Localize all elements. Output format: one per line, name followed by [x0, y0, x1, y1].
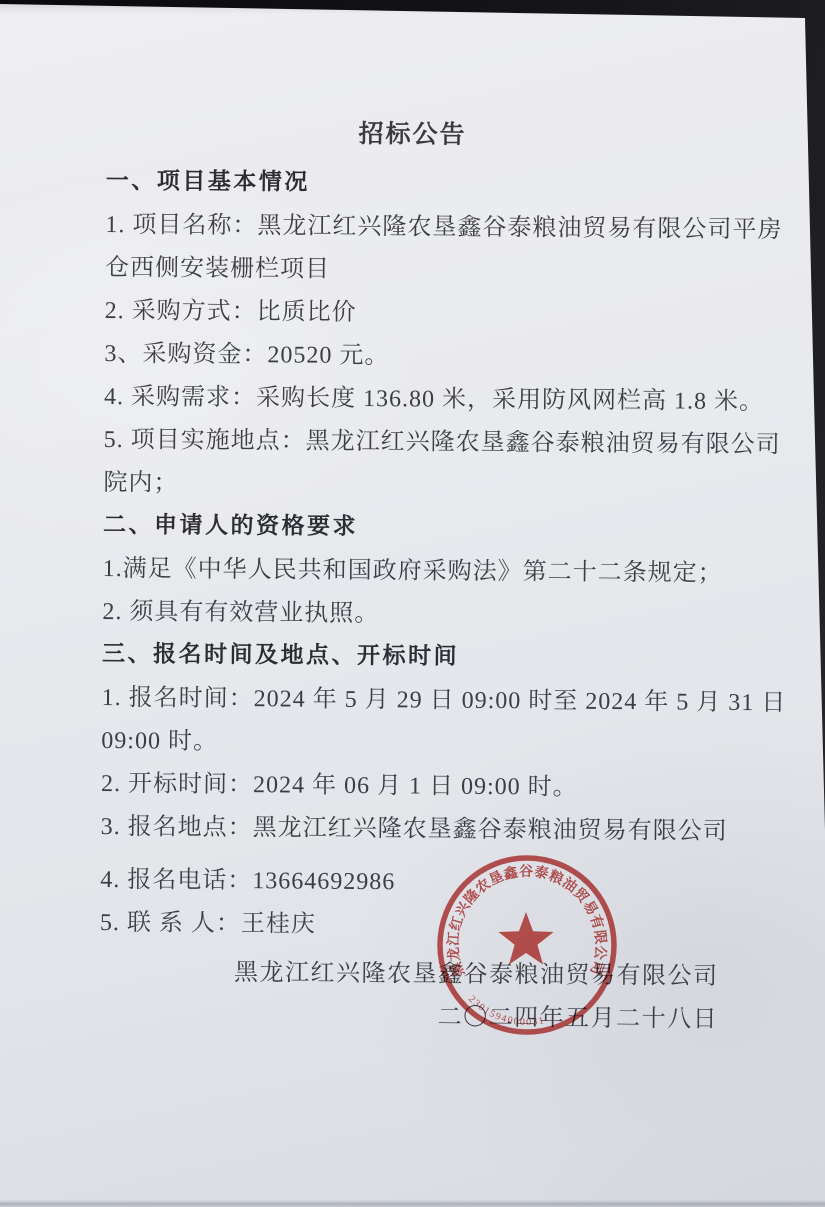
line-bid-opening-time: 2. 开标时间：2024 年 06 月 1 日 09:00 时。 [0, 758, 820, 807]
line-project-name: 1. 项目名称：黑龙江红兴隆农垦鑫谷泰粮油贸易有限公司平房 [0, 199, 825, 248]
line-registration-time: 1. 报名时间：2024 年 5 月 29 日 09:00 时至 2024 年 … [0, 672, 821, 721]
line-project-location: 5. 项目实施地点：黑龙江红兴隆农垦鑫谷泰粮油贸易有限公司 [0, 414, 823, 463]
line-procurement-requirement: 4. 采购需求：采购长度 136.80 米，采用防风网栏高 1.8 米。 [0, 371, 823, 420]
section-heading-basic-info: 一、项目基本情况 [0, 156, 825, 205]
line-registration-time-wrap: 09:00 时。 [0, 715, 821, 764]
paper-sheet: 招标公告 一、项目基本情况 1. 项目名称：黑龙江红兴隆农垦鑫谷泰粮油贸易有限公… [0, 0, 825, 1207]
line-procurement-fund: 3、采购资金：20520 元。 [0, 328, 824, 377]
line-qualification-2: 2. 须具有有效营业执照。 [0, 586, 822, 635]
signature-date: 二〇二四年五月二十八日 [0, 989, 818, 1038]
photo-background: { "photo": { "background_color": "#14141… [0, 0, 825, 1207]
seal-star-icon [498, 912, 553, 965]
seal-graphic: 黑龙江红兴隆农垦鑫谷泰粮油贸易有限公司 2301594000031 [434, 851, 620, 1039]
line-procurement-method: 2. 采购方式：比质比价 [0, 285, 824, 334]
official-seal: 黑龙江红兴隆农垦鑫谷泰粮油贸易有限公司 2301594000031 [434, 851, 620, 1039]
line-project-location-wrap: 院内； [0, 457, 823, 506]
line-contact-person: 5. 联 系 人：王桂庆 [0, 897, 819, 946]
line-registration-phone: 4. 报名电话：13664692986 [0, 854, 819, 903]
line-registration-place: 3. 报名地点：黑龙江红兴隆农垦鑫谷泰粮油贸易有限公司 [0, 801, 820, 850]
section-heading-schedule: 三、报名时间及地点、开标时间 [0, 629, 821, 678]
section-heading-qualification: 二、申请人的资格要求 [0, 500, 822, 549]
document-title: 招标公告 [0, 111, 825, 153]
line-project-name-wrap: 仓西侧安装栅栏项目 [0, 242, 824, 291]
document-content: 招标公告 一、项目基本情况 1. 项目名称：黑龙江红兴隆农垦鑫谷泰粮油贸易有限公… [0, 0, 825, 1039]
seal-serial-number: 2301594000031 [466, 994, 546, 1028]
line-qualification-1: 1.满足《中华人民共和国政府采购法》第二十二条规定； [0, 543, 822, 592]
signature-company: 黑龙江红兴隆农垦鑫谷泰粮油贸易有限公司 [0, 946, 819, 995]
